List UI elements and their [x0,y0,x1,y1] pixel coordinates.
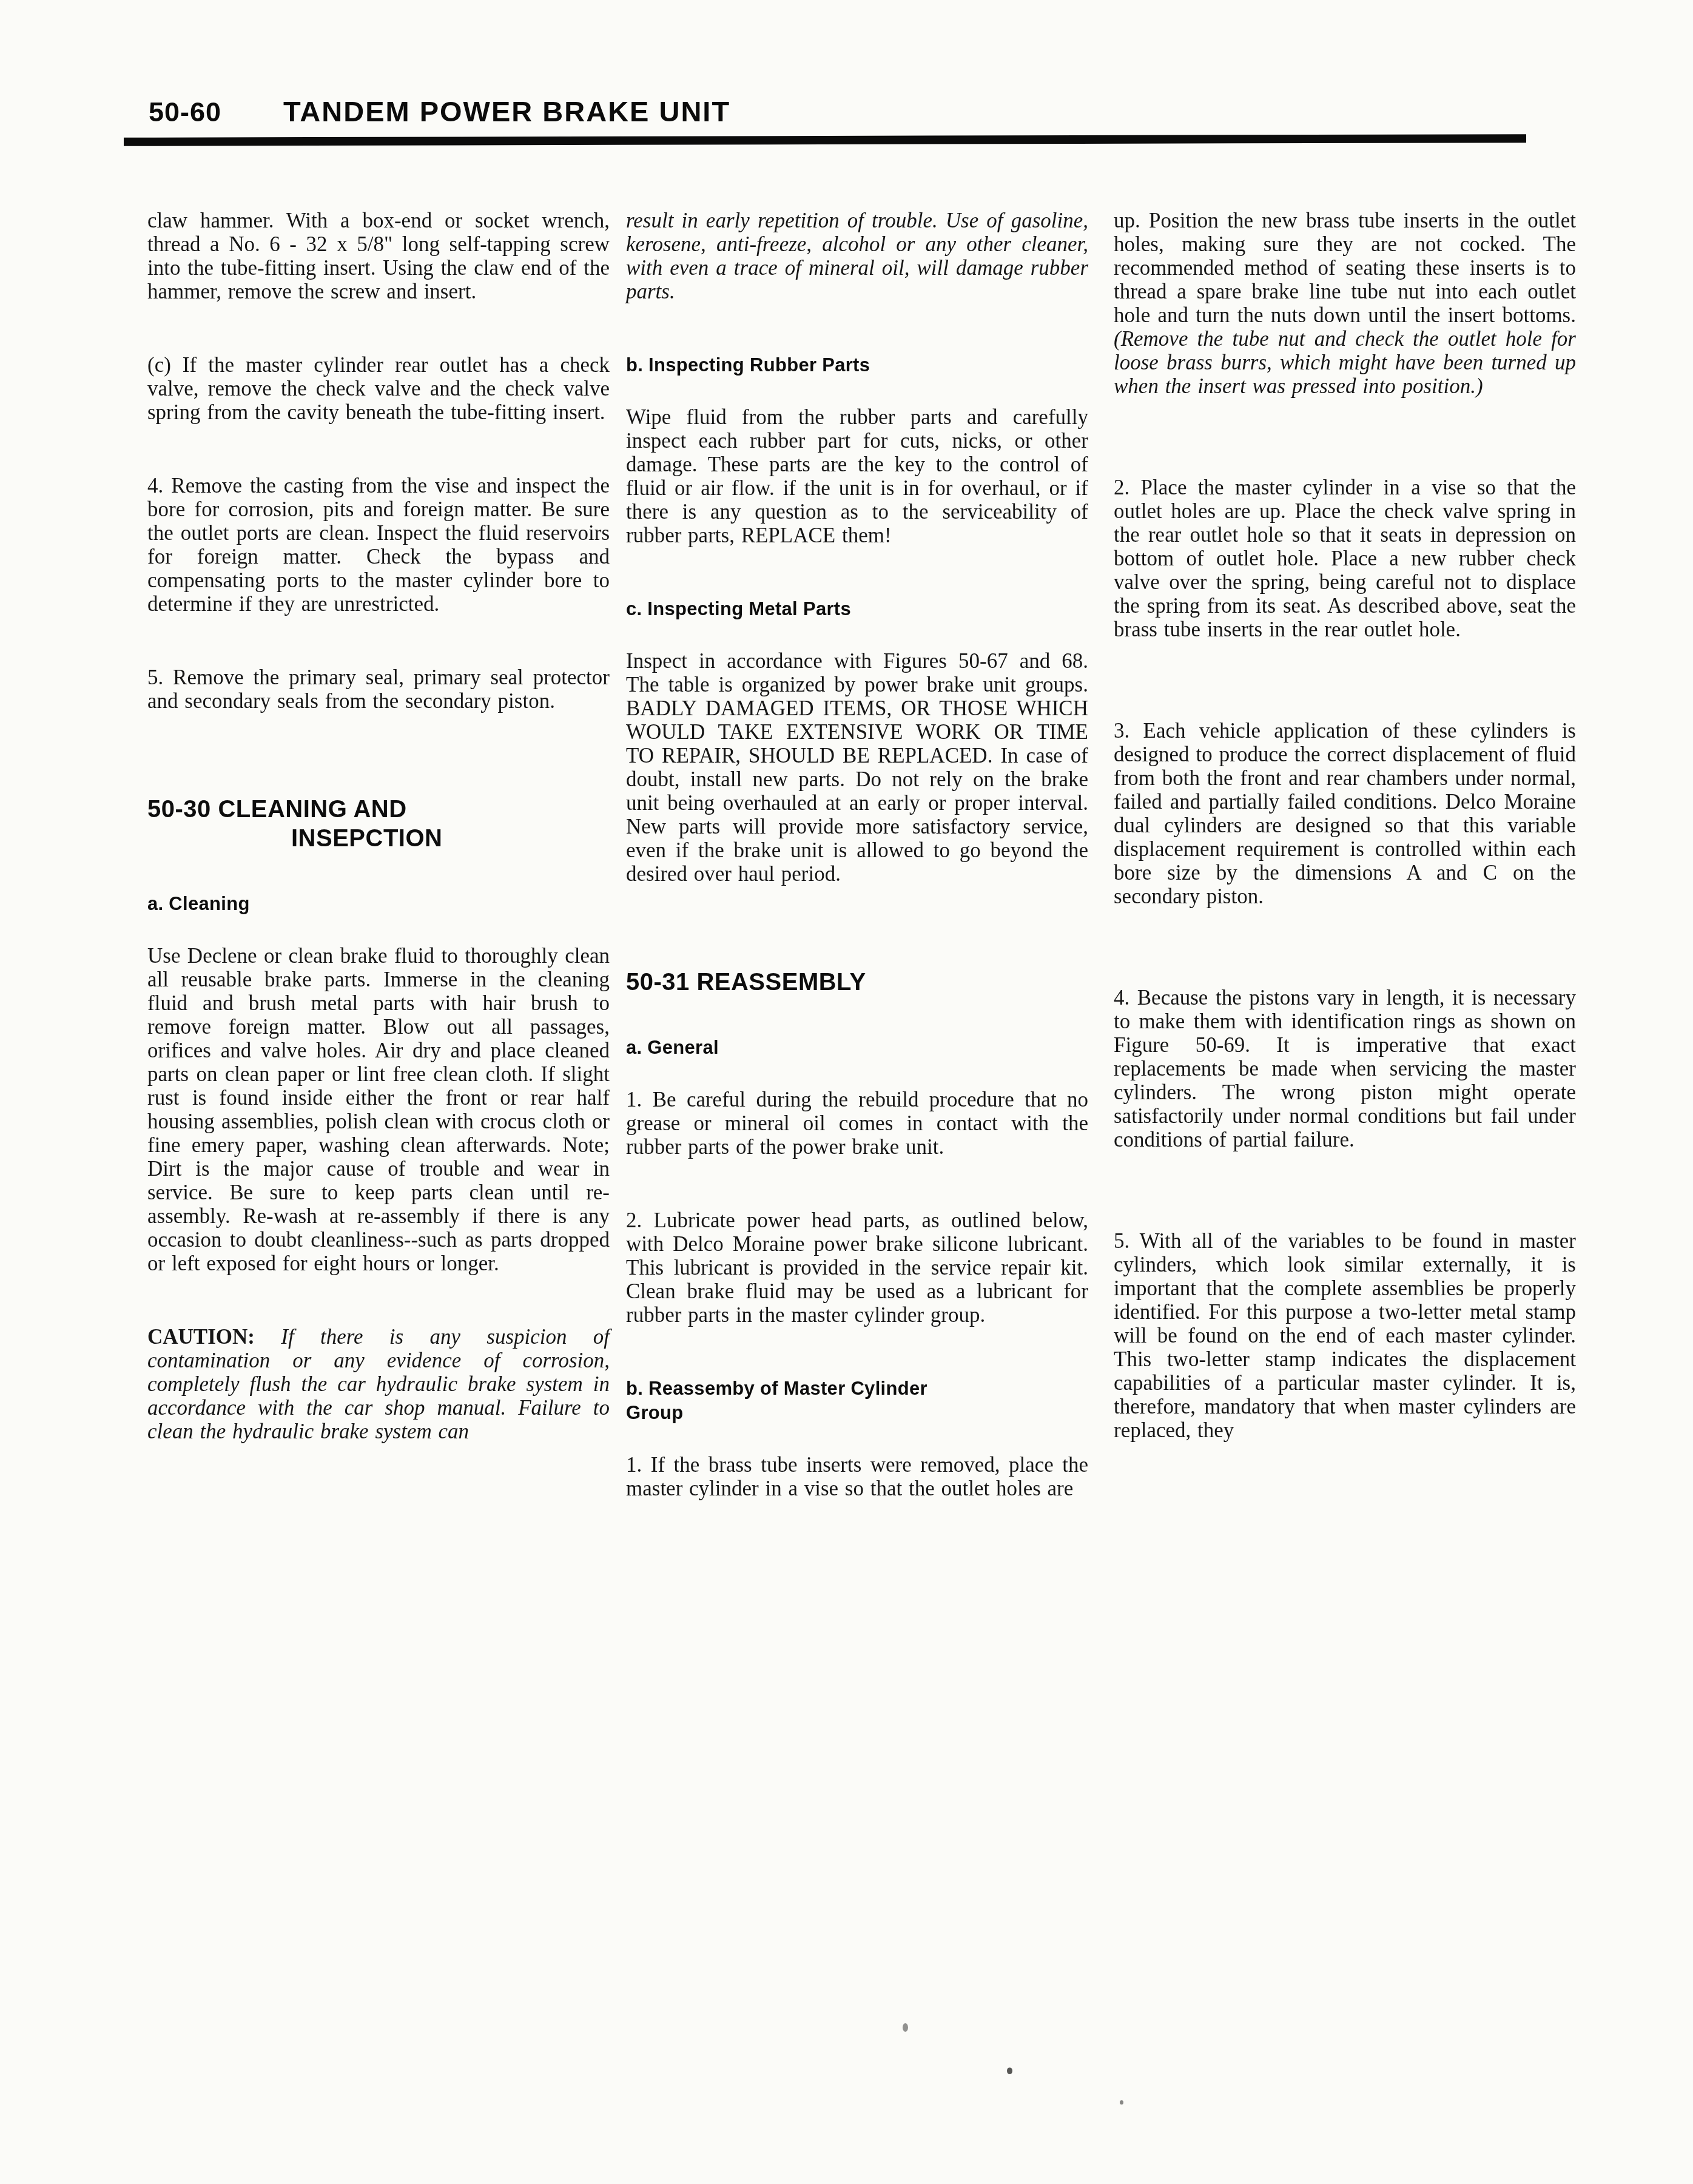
heading-line: a. Cleaning [147,892,610,916]
column-3: up. Position the new brass tube inserts … [1114,209,1576,1520]
paragraph: up. Position the new brass tube inserts … [1114,209,1576,398]
text-run: claw hammer. With a box-end or socket wr… [147,209,610,303]
text-run: Use Declene or clean brake fluid to thor… [147,944,610,1275]
paragraph: 4. Remove the casting from the vise and … [147,474,610,616]
text-run: result in early repetition of trouble. U… [626,209,1088,303]
text-run: 1. If the brass tube inserts were remove… [626,1453,1088,1500]
scan-speck [1120,2100,1123,2105]
paragraph: Inspect in accordance with Figures 50-67… [626,649,1088,886]
sub-heading: a. General [626,1036,1088,1060]
heading-line: Group [626,1401,1088,1425]
column-2: result in early repetition of trouble. U… [626,209,1088,1550]
text-run: 5. Remove the primary seal, primary seal… [147,666,610,713]
text-run: 2. Lubricate power head parts, as outlin… [626,1208,1088,1327]
page-number: 50-60 [149,98,221,126]
heading-line: a. General [626,1036,1088,1060]
paragraph: 3. Each vehicle application of these cyl… [1114,719,1576,908]
text-run: 4. Because the pistons vary in length, i… [1114,986,1576,1151]
scan-speck [903,2023,908,2032]
paragraph: result in early repetition of trouble. U… [626,209,1088,303]
page-title: TANDEM POWER BRAKE UNIT [283,97,730,126]
heading-line: INSEPCTION [147,824,610,853]
text-run: 1. Be careful during the rebuild procedu… [626,1088,1088,1159]
sub-heading: c. Inspecting Metal Parts [626,597,1088,621]
paragraph: 4. Because the pistons vary in length, i… [1114,986,1576,1151]
text-run: 4. Remove the casting from the vise and … [147,474,610,616]
paragraph: 1. If the brass tube inserts were remove… [626,1453,1088,1500]
paragraph: CAUTION: If there is any suspicion of co… [147,1325,610,1443]
header-rule [124,134,1526,146]
text-run: 5. With all of the variables to be found… [1114,1229,1576,1442]
column-1: claw hammer. With a box-end or socket wr… [147,209,610,1493]
paragraph: 5. Remove the primary seal, primary seal… [147,666,610,713]
sub-heading: b. Reassemby of Master CylinderGroup [626,1377,1088,1425]
scan-speck [1007,2068,1012,2074]
paragraph: claw hammer. With a box-end or socket wr… [147,209,610,303]
paragraph: 2. Lubricate power head parts, as outlin… [626,1208,1088,1327]
text-run: (Remove the tube nut and check the outle… [1114,327,1576,398]
sub-heading: a. Cleaning [147,892,610,916]
text-run: Wipe fluid from the rubber parts and car… [626,405,1088,547]
heading-line: b. Reassemby of Master Cylinder [626,1377,1088,1401]
text-run: 2. Place the master cylinder in a vise s… [1114,476,1576,641]
page-header: 50-60 TANDEM POWER BRAKE UNIT [149,97,730,126]
paragraph: 5. With all of the variables to be found… [1114,1229,1576,1442]
heading-line: 50-31 REASSEMBLY [626,968,1088,997]
sub-heading: b. Inspecting Rubber Parts [626,353,1088,377]
heading-line: 50-30 CLEANING AND [147,795,610,824]
page: 50-60 TANDEM POWER BRAKE UNIT claw hamme… [0,0,1693,2184]
paragraph: 1. Be careful during the rebuild procedu… [626,1088,1088,1159]
text-run: 3. Each vehicle application of these cyl… [1114,719,1576,908]
section-heading: 50-30 CLEANING ANDINSEPCTION [147,795,610,853]
paragraph: Use Declene or clean brake fluid to thor… [147,944,610,1275]
section-heading: 50-31 REASSEMBLY [626,968,1088,997]
heading-line: b. Inspecting Rubber Parts [626,353,1088,377]
paragraph: 2. Place the master cylinder in a vise s… [1114,476,1576,641]
text-run: (c) If the master cylinder rear outlet h… [147,353,610,424]
text-run: CAUTION: [147,1325,281,1349]
paragraph: (c) If the master cylinder rear outlet h… [147,353,610,424]
paragraph: Wipe fluid from the rubber parts and car… [626,405,1088,547]
text-run: up. Position the new brass tube inserts … [1114,209,1576,327]
text-run: Inspect in accordance with Figures 50-67… [626,649,1088,886]
heading-line: c. Inspecting Metal Parts [626,597,1088,621]
